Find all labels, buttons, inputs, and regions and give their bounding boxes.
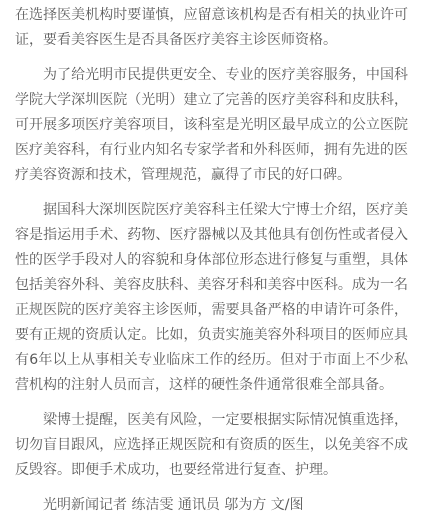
article-paragraph: 据国科大深圳医院医疗美容科主任梁大宁博士介绍，医疗美容是指运用手术、药物、医疗器… bbox=[15, 198, 408, 398]
article-paragraph-continuation: 在选择医美机构时要谨慎，应留意该机构是否有相关的执业许可证，要看美容医生是否具备… bbox=[15, 3, 408, 53]
article-paragraph: 为了给光明市民提供更安全、专业的医疗美容服务，中国科学院大学深圳医院（光明）建立… bbox=[15, 63, 408, 188]
article-page: 在选择医美机构时要谨慎，应留意该机构是否有相关的执业许可证，要看美容医生是否具备… bbox=[0, 0, 423, 518]
article-byline: 光明新闻记者 练洁雯 通讯员 邬为方 文/图 bbox=[15, 493, 408, 518]
article-paragraph: 梁博士提醒，医美有风险，一定要根据实际情况慎重选择，切勿盲目跟风，应选择正规医院… bbox=[15, 408, 408, 483]
